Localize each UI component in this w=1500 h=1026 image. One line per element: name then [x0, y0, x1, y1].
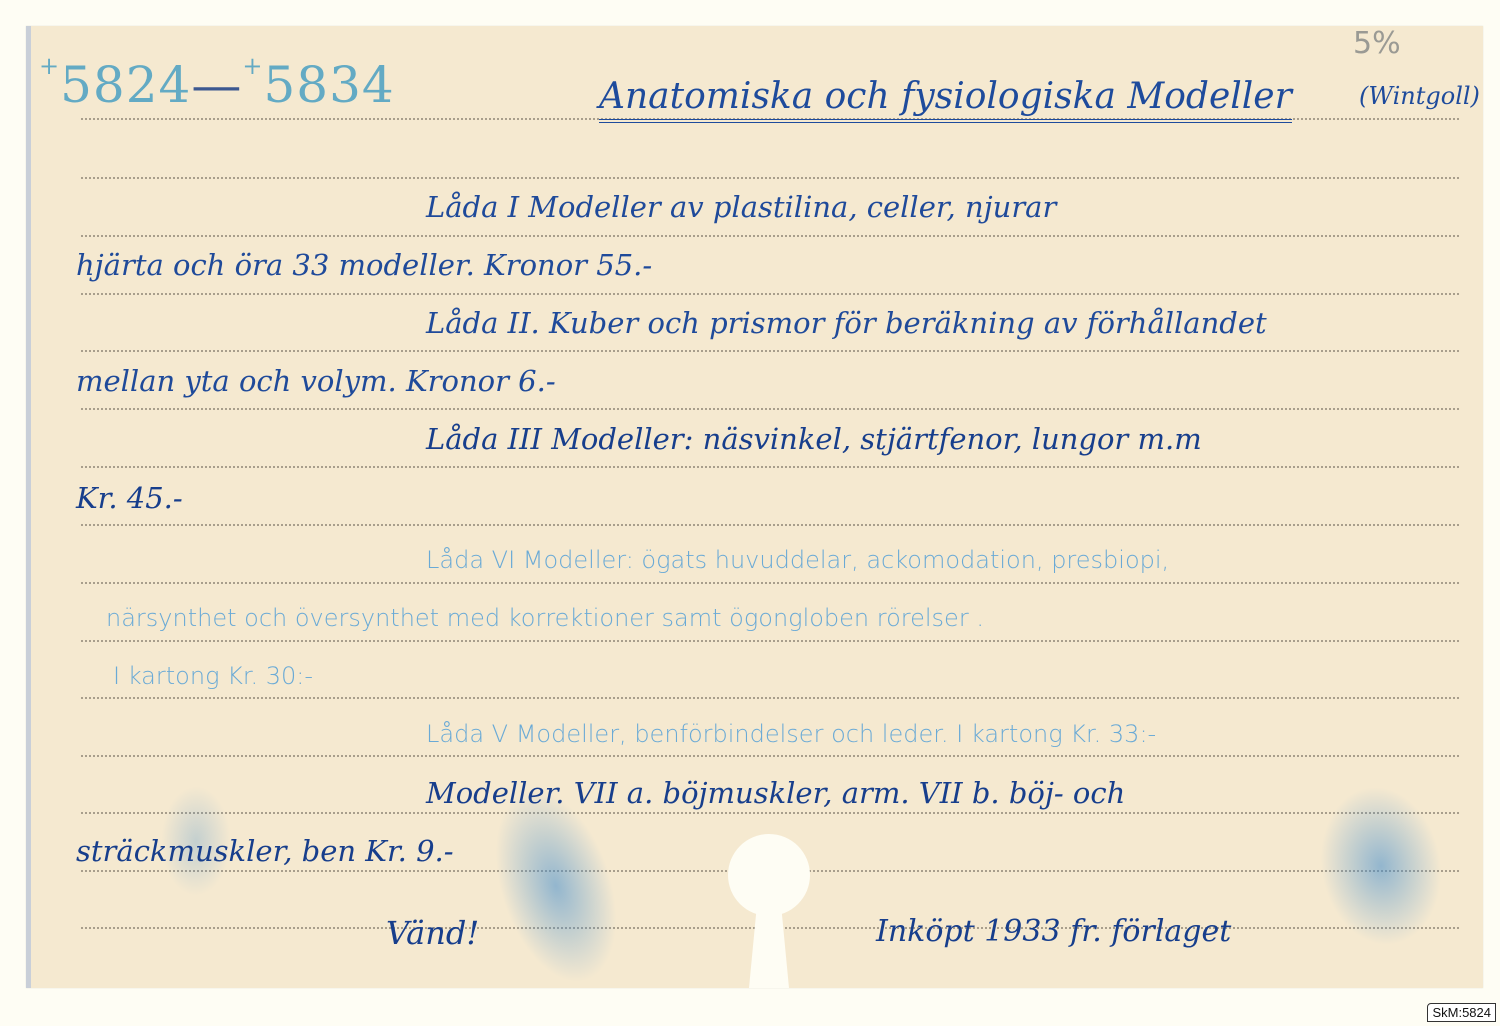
entry-line: Låda III Modeller: näsvinkel, stjärtfeno… [426, 422, 1202, 456]
stamp-prefix: + [39, 52, 60, 80]
entry-line: Låda I Modeller av plastilina, celler, n… [426, 190, 1056, 224]
pencil-mark: 5% [1353, 26, 1401, 61]
ruled-line [81, 466, 1459, 468]
ruled-line [81, 350, 1459, 352]
range-separator: — [191, 56, 242, 114]
ruled-line [81, 408, 1459, 410]
ruled-line [81, 177, 1459, 179]
entry-line: Kr. 45.- [76, 481, 183, 515]
ruled-line [81, 755, 1459, 757]
entry-line: sträckmuskler, ben Kr. 9.- [76, 834, 454, 868]
catalog-number-from: 5824 [60, 56, 191, 114]
ruled-line [81, 640, 1459, 642]
entry-line: närsynthet och översynthet med korrektio… [106, 604, 984, 632]
reference-label: SkM:5824 [1427, 1003, 1496, 1022]
stamp-prefix: + [242, 52, 263, 80]
catalog-number-stamp: +5824—+5834 [39, 56, 395, 114]
entry-line: Låda VI Modeller: ögats huvuddelar, acko… [426, 546, 1169, 574]
title-note: (Wintgoll) [1359, 82, 1480, 110]
entry-line: mellan yta och volym. Kronor 6.- [76, 364, 556, 398]
card-title: Anatomiska och fysiologiska Modeller [599, 76, 1292, 123]
entry-line: Modeller. VII a. böjmuskler, arm. VII b.… [426, 776, 1125, 810]
ruled-line [81, 582, 1459, 584]
ruled-line [81, 812, 1459, 814]
ruled-line [81, 697, 1459, 699]
ruled-line [81, 293, 1459, 295]
entry-line: Låda V Modeller, benförbindelser och led… [426, 720, 1156, 748]
ruled-line [81, 524, 1459, 526]
entry-line: Låda II. Kuber och prismor för beräkning… [426, 306, 1267, 340]
entry-line: hjärta och öra 33 modeller. Kronor 55.- [76, 248, 652, 282]
catalog-number-to: 5834 [263, 56, 394, 114]
turn-note: Vänd! [386, 914, 479, 952]
entry-line: I kartong Kr. 30:- [113, 662, 313, 690]
purchase-note: Inköpt 1933 fr. förlaget [876, 914, 1231, 949]
catalog-card: +5824—+5834 5% Anatomiska och fysiologis… [26, 26, 1483, 988]
ruled-line [81, 235, 1459, 237]
